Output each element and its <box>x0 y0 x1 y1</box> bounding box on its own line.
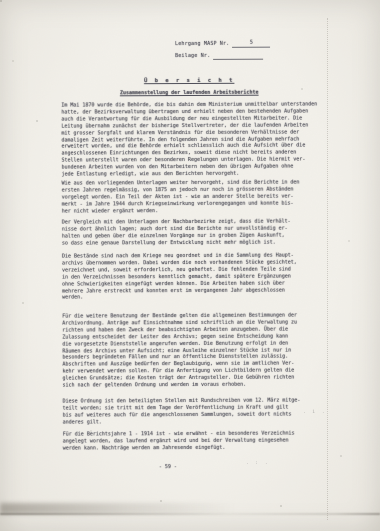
header-line1-value-field: 5 <box>232 40 270 48</box>
pencil-mark-2: . : . <box>246 461 270 466</box>
header-line1-label: Lehrgang MASP <box>175 41 217 47</box>
header-line1-no: Nr. <box>220 41 230 47</box>
subtitle-row: Zusammenstellung der laufenden Arbeitsbe… <box>61 89 317 97</box>
page-number: - 59 - <box>159 464 177 471</box>
title-row: Ü b e r s i c h t <box>61 77 317 85</box>
header-line2-label: Beilage Nr. <box>175 53 210 59</box>
header-line-1: Lehrgang MASP Nr. 5 <box>175 39 325 53</box>
document-content: Lehrgang MASP Nr. 5 Beilage Nr. Ü b e r … <box>0 0 380 531</box>
paragraph-1: Im Mai 1870 wurde die Behörde, die bis d… <box>61 101 319 178</box>
header-line2-value-field <box>213 54 263 60</box>
paragraph-2: Wie aus den vorliegenden Unterlagen weit… <box>62 179 320 215</box>
document-subtitle: Zusammenstellung der laufenden Arbeitsbe… <box>120 90 259 98</box>
paragraph-3: Der Vergleich mit den Unterlagen der Nac… <box>62 218 320 247</box>
pencil-mark-1: . i . <box>303 410 327 415</box>
paragraph-6: Diese Ordnung ist den beteiligten Stelle… <box>63 397 321 426</box>
paragraph-4: Die Bestände sind nach dem Kriege neu ge… <box>62 252 320 301</box>
document-title: Ü b e r s i c h t <box>144 78 234 85</box>
paragraph-5: Für die weitere Benutzung der Bestände g… <box>62 312 320 389</box>
scanned-page: Lehrgang MASP Nr. 5 Beilage Nr. Ü b e r … <box>0 0 380 531</box>
header-line-2: Beilage Nr. <box>175 52 325 66</box>
header-fields: Lehrgang MASP Nr. 5 Beilage Nr. <box>175 39 325 66</box>
paragraph-7: Für die Berichtsjahre 1 - 1914 ist - wie… <box>63 430 321 452</box>
